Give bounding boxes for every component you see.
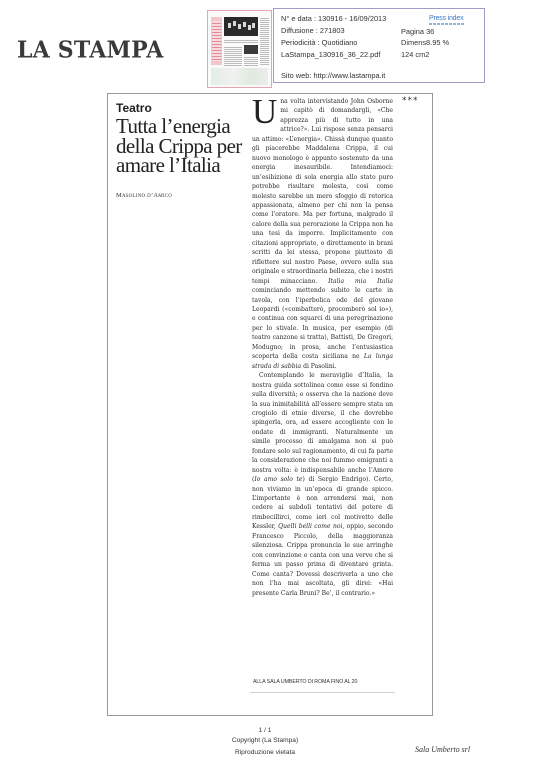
source-file: LaStampa_130916_36_22.pdf bbox=[281, 50, 380, 59]
article-headline: Tutta l’energia della Crippa per amare l… bbox=[116, 117, 251, 176]
issue-number-date: N° e data : 130916 - 16/09/2013 bbox=[281, 14, 386, 23]
press-index-logo: Press index bbox=[429, 13, 465, 25]
page-number: Pagina 36 bbox=[401, 27, 434, 36]
press-index-label: Press index bbox=[429, 15, 463, 22]
press-index-tagline bbox=[429, 23, 465, 25]
reproduction-notice: Riproduzione vietata bbox=[215, 748, 315, 758]
thumb-column bbox=[260, 17, 269, 65]
thumb-body-2 bbox=[244, 56, 258, 66]
section-label: Teatro bbox=[116, 101, 152, 115]
thumb-photo-small bbox=[244, 45, 258, 54]
periodicity: Periodicità : Quotidiano bbox=[281, 38, 357, 47]
song-title: Io amo solo te bbox=[254, 476, 302, 483]
copyright: Copyright (La Stampa) bbox=[215, 736, 315, 746]
song-title-2: Quelli belli come noi bbox=[278, 523, 342, 530]
rating-stars-icon: *** bbox=[402, 96, 419, 106]
thumb-sidebar-text bbox=[212, 21, 221, 61]
area-size: 124 cm2 bbox=[401, 50, 429, 59]
page-thumbnail[interactable] bbox=[207, 10, 272, 88]
thumb-headline bbox=[224, 39, 258, 44]
client-name: Sala Umberto srl bbox=[415, 745, 470, 754]
press-info-box: N° e data : 130916 - 16/09/2013 Diffusio… bbox=[273, 8, 485, 83]
venue-note: ALLA SALA UMBERTO DI ROMA FINO AL 20 bbox=[253, 679, 357, 685]
website: Sito web: http://www.lastampa.it bbox=[281, 71, 385, 80]
paragraph-2: Contemplando le meraviglie d’Italia, la … bbox=[252, 371, 393, 598]
thumb-ad bbox=[211, 68, 268, 85]
thumb-photo bbox=[224, 17, 258, 36]
dimension-percent: Dimens8.95 % bbox=[401, 38, 449, 47]
show-title: Italia mia Italia bbox=[328, 278, 393, 285]
newspaper-masthead: LA STAMPA bbox=[17, 36, 164, 63]
divider bbox=[250, 692, 395, 693]
page-counter: 1 / 1 bbox=[215, 726, 315, 736]
page-footer: 1 / 1 Copyright (La Stampa) Riproduzione… bbox=[215, 726, 315, 758]
article-body: Una volta intervistando John Osborne mi … bbox=[252, 97, 393, 598]
article-byline: Masolino d’Amico bbox=[116, 192, 172, 199]
circulation: Diffusione : 271803 bbox=[281, 26, 345, 35]
paragraph-1: Una volta intervistando John Osborne mi … bbox=[252, 97, 393, 371]
thumb-body bbox=[224, 46, 242, 66]
dropcap: U bbox=[252, 98, 277, 126]
